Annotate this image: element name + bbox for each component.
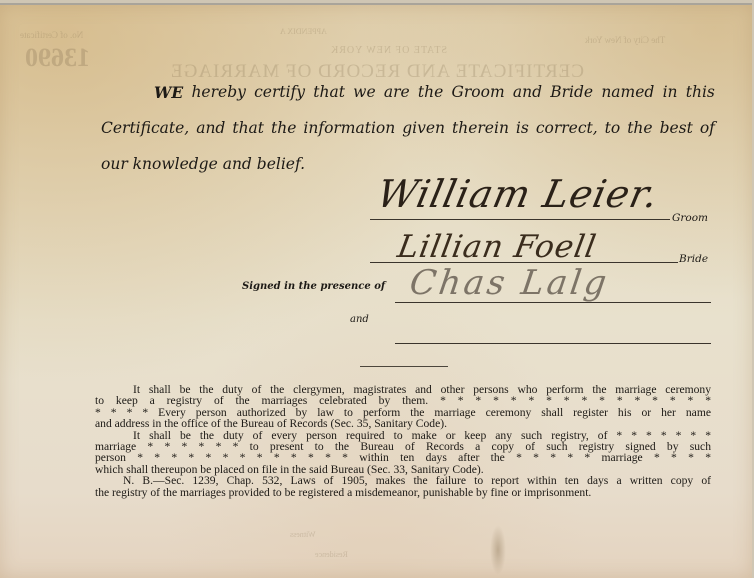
and-label: and bbox=[350, 314, 369, 325]
groom-signature: William Leier. bbox=[373, 172, 663, 216]
groom-label: Groom bbox=[672, 212, 708, 224]
witness-2-signature-line bbox=[395, 343, 711, 344]
law-para-3-line-2: the registry of the marriages provided t… bbox=[95, 487, 711, 498]
bride-label: Bride bbox=[679, 253, 708, 265]
certificate-page: APPENDIX A STATE OF NEW YORK CERTIFICATE… bbox=[0, 3, 752, 578]
certification-line-1: WE hereby certify that we are the Groom … bbox=[154, 85, 715, 101]
certification-line-2: Certificate, and that the information gi… bbox=[101, 121, 715, 137]
show-through-state: STATE OF NEW YORK bbox=[330, 45, 447, 56]
show-through-appendix: APPENDIX A bbox=[280, 27, 327, 36]
witness-1-signature-line bbox=[395, 302, 711, 303]
law-notice: It shall be the duty of the clergymen, m… bbox=[95, 384, 711, 498]
bride-signature: Lillian Foell bbox=[395, 229, 600, 265]
show-through-certificate-no: 13690 bbox=[25, 43, 90, 73]
certification-line-3: our knowledge and belief. bbox=[101, 157, 721, 173]
law-para-3-line-1: N. B.—Sec. 1239, Chap. 532, Laws of 1905… bbox=[95, 475, 711, 486]
paper-stain bbox=[490, 525, 506, 575]
show-through-certificate-no-label: No. of Certificate bbox=[20, 30, 83, 40]
show-through-title: CERTIFICATE AND RECORD OF MARRIAGE bbox=[170, 61, 584, 83]
presence-label: Signed in the presence of bbox=[242, 281, 385, 292]
show-through-bottom-1: Witness bbox=[290, 530, 315, 539]
show-through-city-note: The City of New York bbox=[585, 35, 665, 45]
certification-lead: WE bbox=[154, 85, 183, 101]
law-para-1-line-4: and address in the office of the Bureau … bbox=[95, 418, 711, 429]
show-through-bottom-2: Residence bbox=[315, 550, 348, 559]
witness-1-signature: Chas Lalg bbox=[407, 263, 612, 303]
groom-signature-line bbox=[370, 219, 670, 220]
section-divider bbox=[360, 366, 448, 367]
